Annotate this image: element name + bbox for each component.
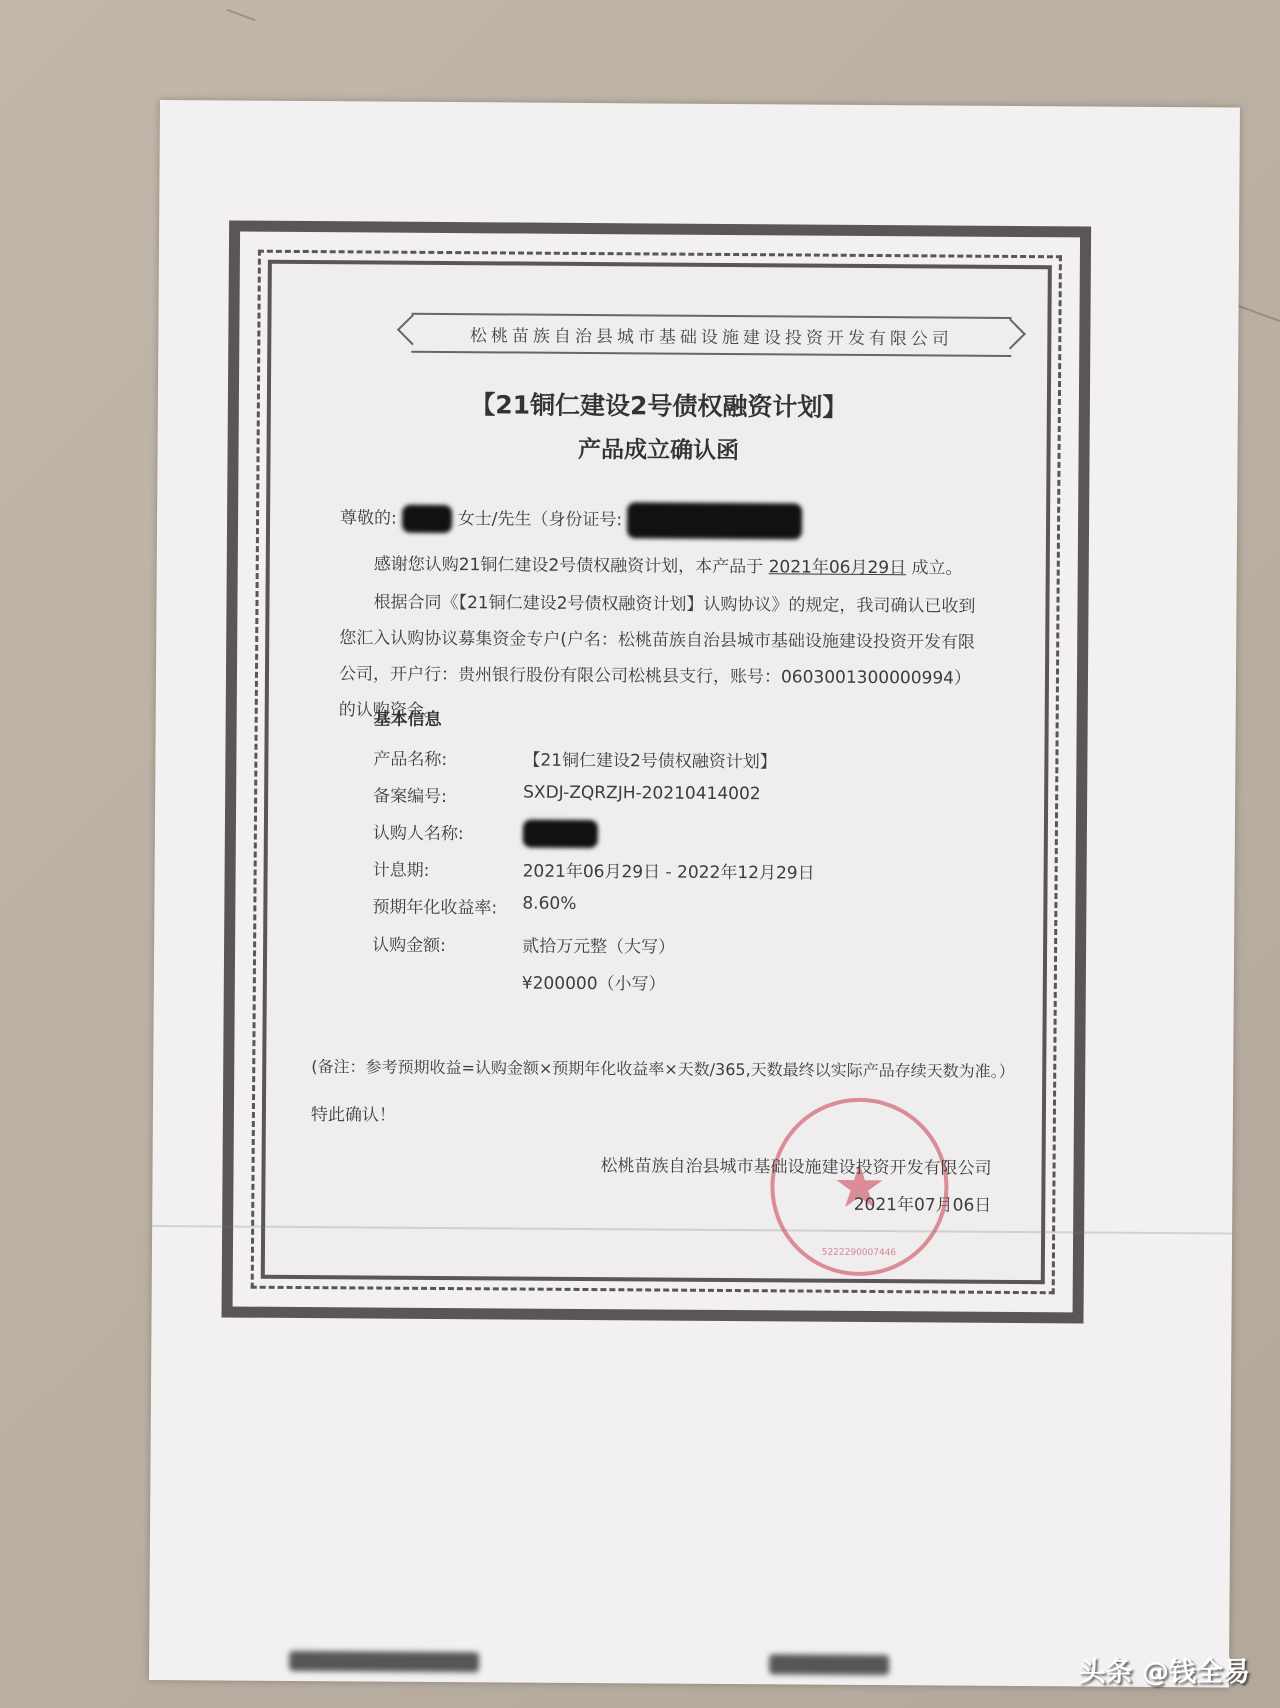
greeting-line: 尊敬的: 女士/先生（身份证号: xyxy=(340,500,986,541)
info-label: 计息期: xyxy=(373,856,523,882)
info-value: 【21铜仁建设2号债权融资计划】 xyxy=(523,746,777,773)
info-label: 预期年化收益率: xyxy=(372,893,522,919)
info-value: SXDJ-ZQRZJH-20210414002 xyxy=(523,783,761,810)
greeting-prefix: 尊敬的: xyxy=(340,508,397,528)
company-banner: 松桃苗族自治县城市基础设施建设投资开发有限公司 xyxy=(411,313,1011,357)
ink-smudge xyxy=(289,1651,479,1672)
info-value: ¥200000（小写） xyxy=(522,969,666,995)
info-label: 产品名称: xyxy=(373,745,523,771)
redacted-id-number xyxy=(627,502,802,539)
document-title-letter: 产品成立确认函 xyxy=(270,429,1046,467)
info-value: 贰拾万元整（大写） xyxy=(522,932,675,958)
info-row-subscriber-name: 认购人名称: xyxy=(373,819,598,849)
signature-company: 松桃苗族自治县城市基础设施建设投资开发有限公司 xyxy=(600,1151,991,1179)
watermark: 头条 @钱全易 xyxy=(1079,1650,1250,1689)
info-label: 备案编号: xyxy=(373,782,523,808)
info-row-interest-period: 计息期: 2021年06月29日 - 2022年12月29日 xyxy=(373,856,815,884)
info-row-product-name: 产品名称: 【21铜仁建设2号债权融资计划】 xyxy=(373,745,777,773)
paragraph-thanks-end: 成立。 xyxy=(911,558,962,578)
info-row-amount-words: 认购金额: 贰拾万元整（大写） xyxy=(372,931,675,958)
info-label xyxy=(372,968,522,994)
document-title-product: 【21铜仁建设2号债权融资计划】 xyxy=(271,384,1047,425)
confirmation-text: 特此确认！ xyxy=(311,1100,396,1126)
outer-border: 松桃苗族自治县城市基础设施建设投资开发有限公司 【21铜仁建设2号债权融资计划】… xyxy=(222,220,1092,1323)
info-label: 认购金额: xyxy=(372,931,522,957)
signature-date: 2021年07月06日 xyxy=(854,1190,992,1216)
paragraph-thanks: 感谢您认购21铜仁建设2号债权融资计划，本产品于 2021年06月29日 成立。 xyxy=(340,546,986,587)
basic-info-heading: 基本信息 xyxy=(374,705,442,730)
redacted-name xyxy=(402,505,452,533)
floor-tile-seam xyxy=(227,9,256,21)
inner-border: 松桃苗族自治县城市基础设施建设投资开发有限公司 【21铜仁建设2号债权融资计划】… xyxy=(261,260,1052,1284)
info-value: 8.60% xyxy=(522,894,576,919)
info-row-expected-yield: 预期年化收益率: 8.60% xyxy=(372,893,576,919)
greeting-salutation: 女士/先生（身份证号: xyxy=(458,509,623,530)
info-row-filing-number: 备案编号: SXDJ-ZQRZJH-20210414002 xyxy=(373,782,761,810)
company-seal: ★ 5222290007446 xyxy=(770,1097,949,1276)
seal-number: 5222290007446 xyxy=(774,1247,944,1258)
establishment-date: 2021年06月29日 xyxy=(769,557,907,578)
info-row-amount-figures: ¥200000（小写） xyxy=(372,968,666,995)
redacted-subscriber-name xyxy=(523,820,598,849)
remark-note: (备注：参考预期收益=认购金额×预期年化收益率×天数/365,天数最终以实际产品… xyxy=(311,1054,1015,1082)
ink-smudge xyxy=(769,1654,889,1675)
paragraph-thanks-text: 感谢您认购21铜仁建设2号债权融资计划，本产品于 xyxy=(374,555,764,578)
info-value: 2021年06月29日 - 2022年12月29日 xyxy=(523,857,815,884)
info-label: 认购人名称: xyxy=(373,819,523,848)
document-paper: 松桃苗族自治县城市基础设施建设投资开发有限公司 【21铜仁建设2号债权融资计划】… xyxy=(149,100,1240,1688)
